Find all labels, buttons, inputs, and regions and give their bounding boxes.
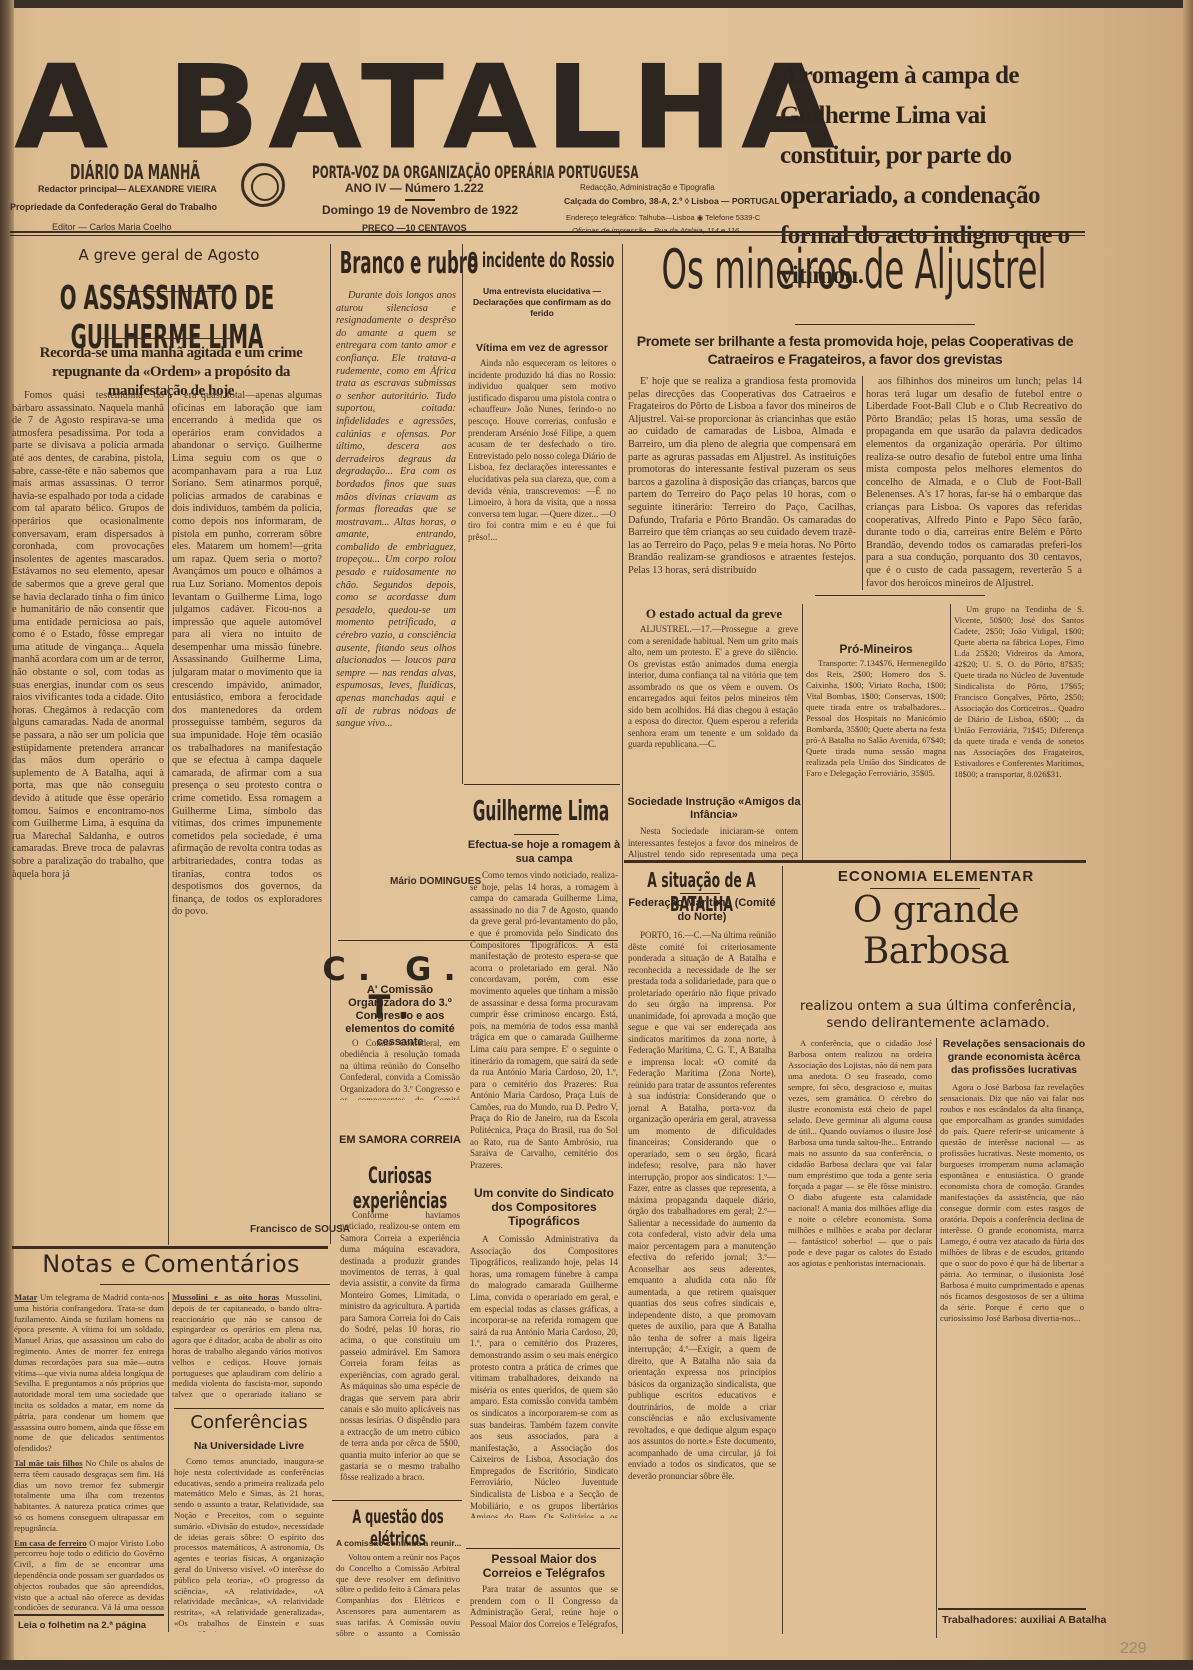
divider [680, 893, 720, 894]
ferreiro-label: Em casa de ferreiro [14, 1538, 87, 1548]
rossio-subtitle: Uma entrevista elucidativa — Declarações… [468, 286, 616, 319]
mussolini-label: Mussolini e as oito horas [172, 1292, 279, 1302]
article-text: Nesta Sociedade iniciaram-se ontem inter… [628, 826, 798, 858]
column-divider [330, 244, 331, 1244]
rossio-section: Vítima em vez de agressor [466, 342, 618, 354]
article-text: E' hoje que se realiza a grandiosa festa… [628, 376, 856, 578]
guilherme-title: Guilherme Lima [464, 794, 618, 827]
article-text: PORTO, 16.—C.—Na última reünião dêste co… [628, 930, 776, 1482]
article-text: A Comissão Administrativa da Associação … [470, 1234, 618, 1518]
mineiros-column-2: aos filhinhos dos mineiros um lunch; pel… [866, 376, 1082, 590]
guilherme-body: Como temos vindo noticiado, realiza-se h… [470, 870, 618, 1176]
greve-column-2: era quási total—apenas algumas oficinas … [172, 390, 322, 1224]
divider [14, 1614, 164, 1616]
article-text: O Comité Confederal, em obediência à res… [340, 1038, 460, 1100]
cgt-seal-emblem [241, 163, 285, 207]
matar-label: Matar [14, 1292, 37, 1302]
notas-column-2: Mussolini e as oito horas Mussolini, dep… [172, 1292, 322, 1400]
economia-title: O grande Barbosa [786, 890, 1086, 972]
conferencias-subtitle: Na Universidade Livre [172, 1440, 326, 1452]
admin-line: Redacção, Administração e Tipografia [580, 183, 715, 192]
amigos-body: Nesta Sociedade iniciaram-se ontem inter… [628, 826, 798, 858]
divider [100, 1284, 330, 1285]
amigos-title: Sociedade Instrução «Amigos da Infância» [626, 796, 802, 822]
divider [332, 1500, 462, 1501]
masthead-rule [10, 231, 1085, 233]
article-text: A conferência, que o cidadão José Barbos… [788, 1038, 932, 1269]
tal-label: Tal mãe tais filhos [14, 1458, 83, 1468]
compositores-body: A Comissão Administrativa da Associação … [470, 1234, 618, 1518]
economia-footer-slogan: Trabalhadores: auxiliai A Batalha [942, 1614, 1106, 1626]
masthead-title: A BATALHA [14, 60, 734, 155]
correios-body: Para tratar de assuntos que se prendem c… [470, 1584, 618, 1630]
article-text: Como temos anunciado, inaugura-se hoje n… [174, 1456, 324, 1632]
guilherme-subtitle: Efectua-se hoje a romagem à sua campa [466, 838, 622, 866]
conferencias-body: Como temos anunciado, inaugura-se hoje n… [174, 1456, 324, 1632]
situacao-subtitle: Federação Marítima (Comité do Norte) [626, 896, 778, 924]
folhetim-link[interactable]: Leia o folhetim na 2.ª página [18, 1620, 146, 1631]
column-divider [782, 866, 783, 1634]
divider [464, 784, 620, 785]
situacao-body: PORTO, 16.—C.—Na última reünião dêste co… [628, 930, 776, 1628]
article-text: Um grupo na Tendinha de S. Vicente, 50$0… [954, 604, 1084, 780]
column-divider [622, 244, 623, 1634]
divider [795, 324, 975, 325]
economia-col2-title: Revelações sensacionais do grande econom… [940, 1038, 1088, 1077]
article-text: era quási total—apenas algumas oficinas … [172, 390, 322, 919]
scan-border-top [0, 0, 1193, 8]
column-divider [802, 604, 803, 860]
article-text: Como temos vindo noticiado, realiza-se h… [470, 870, 618, 1171]
article-text: Conforme havíamos noticiado, realizou-se… [340, 1210, 460, 1480]
address-line: Calçada do Combro, 38-A, 2.º ◊ Lisboa — … [564, 196, 780, 206]
greve-kicker: A greve geral de Agosto [14, 246, 324, 264]
mineiros-title: Os mineiros de Aljustrel [626, 238, 1082, 301]
matar-text: Um telegrama de Madrid conta-nos uma his… [14, 1292, 164, 1453]
issue-number: ANO IV — Número 1.222 [345, 181, 484, 195]
conferencias-title: Conferências [172, 1412, 326, 1433]
newspaper-page: A BATALHA DIÁRIO DA MANHÃ Redactor princ… [0, 0, 1193, 1670]
pro-mineiros-body: Transporte: 7.134$76, Hermenegildo dos R… [806, 658, 946, 858]
masthead-motto: PORTA-VOZ DA ORGANIZAÇÃO OPERÁRIA PORTUG… [312, 163, 638, 183]
section-rule [12, 1246, 328, 1249]
estado-greve-body: ALJUSTREL.—17.—Prossegue a greve com a s… [628, 624, 798, 790]
greve-column-1: Fomos quási testemunha do bárbaro assass… [12, 390, 164, 1246]
divider [466, 1548, 620, 1549]
column-divider [168, 385, 169, 1245]
rossio-title: O incidente do Rossio [466, 248, 616, 272]
masthead-rule-thin [10, 235, 1085, 236]
samora-body: Conforme havíamos noticiado, realizou-se… [340, 1210, 460, 1480]
greve-byline: Francisco de SOUSA [250, 1224, 350, 1235]
economia-kicker: ECONOMIA ELEMENTAR [786, 868, 1086, 885]
telegraph-line: Endereço telegráfico: Talhuba—Lisboa ◉ T… [566, 213, 760, 222]
divider [870, 888, 980, 889]
column-divider [862, 376, 863, 590]
ferreiro-text: O major Viristo Lobo percorreu hoje todo… [14, 1538, 164, 1610]
correios-title: Pessoal Maior dos Correios e Telégrafos [466, 1552, 622, 1580]
article-text: Agora o José Barbosa faz revelações sens… [940, 1082, 1084, 1324]
rossio-body: Ainda não esqueceram os leitores o incid… [468, 358, 616, 780]
mineiros-column-1: E' hoje que se realiza a grandiosa festa… [628, 376, 856, 590]
eletricos-subtitle: A comissão continua a reunir... [336, 1538, 461, 1548]
divider [174, 1408, 324, 1409]
notas-column-1: Matar Um telegrama de Madrid conta-nos u… [14, 1292, 164, 1610]
pro-mineiros-title: Pró-Mineiros [806, 642, 946, 656]
column-divider [168, 1292, 169, 1632]
masthead-subtitle: DIÁRIO DA MANHÃ [70, 160, 200, 184]
column-divider [950, 604, 951, 860]
economia-column-1: A conferência, que o cidadão José Barbos… [788, 1038, 932, 1638]
divider [815, 595, 985, 596]
divider [514, 834, 559, 835]
samora-title: Curiosas experiências [340, 1164, 460, 1214]
section-rule [624, 860, 1086, 863]
cgt-body: O Comité Confederal, em obediência à res… [340, 1038, 460, 1100]
notas-title: Notas e Comentários [12, 1250, 330, 1278]
article-text: Para tratar de assuntos que se prendem c… [470, 1584, 618, 1630]
article-text: Voltou ontem a reünir nos Paços do Conce… [336, 1552, 460, 1636]
article-text: ALJUSTREL.—17.—Prossegue a greve com a s… [628, 624, 798, 751]
binding-right [1183, 0, 1193, 1670]
branco-byline: Mário DOMINGUES [390, 876, 481, 887]
mussolini-text: Mussolini, depois de ter capitaneado, o … [172, 1292, 322, 1400]
divider [100, 338, 230, 339]
branco-body: Durante dois longos anos aturou silencio… [336, 290, 456, 870]
masthead-divider [405, 199, 435, 201]
samora-kicker: EM SAMORA CORREIA [338, 1134, 462, 1146]
mineiros-deck: Promete ser brilhante a festa promovida … [624, 332, 1086, 368]
article-text: Ainda não esqueceram os leitores o incid… [468, 358, 616, 544]
article-text: Fomos quási testemunha do bárbaro assass… [12, 390, 164, 881]
editor-chief: Redactor principal— ALEXANDRE VIEIRA [38, 184, 217, 194]
article-text: Transporte: 7.134$76, Hermenegildo dos R… [806, 658, 946, 779]
column-divider [936, 1038, 937, 1638]
estado-greve-title: O estado actual da greve [626, 606, 802, 622]
column-divider [462, 244, 463, 784]
article-text: aos filhinhos dos mineiros um lunch; pel… [866, 376, 1082, 590]
page-number: 229 [1120, 1640, 1147, 1658]
issue-date: Domingo 19 de Novembro de 1922 [322, 203, 518, 217]
eletricos-body: Voltou ontem a reünir nos Paços do Conce… [336, 1552, 460, 1636]
property-line: Propriedade da Confederação Geral do Tra… [10, 202, 217, 212]
compositores-title: Um convite do Sindicato dos Compositores… [466, 1186, 622, 1228]
article-text: Durante dois longos anos aturou silencio… [336, 290, 456, 731]
economia-column-2: Agora o José Barbosa faz revelações sens… [940, 1082, 1084, 1616]
divider [938, 1608, 1086, 1610]
scan-border-bottom [0, 1660, 1193, 1670]
pro-mineiros-body-continued: Um grupo na Tendinha de S. Vicente, 50$0… [954, 604, 1084, 858]
economia-deck: realizou ontem a sua última conferência,… [790, 998, 1086, 1032]
tal-text: No Chile os abalos de terra têem causado… [14, 1458, 164, 1533]
